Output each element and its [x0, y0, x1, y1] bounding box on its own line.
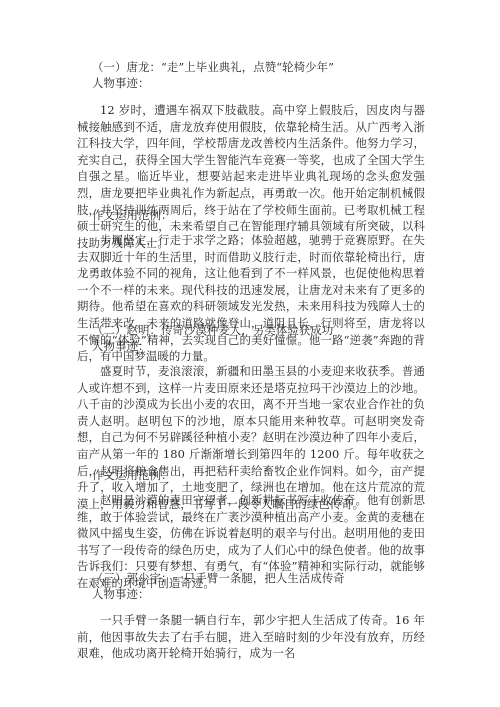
- section-3-deeds-paragraph: 一只手臂一条腿一辆自行车，郭少宇把人生活成了传奇。16 年前，他因事故失去了右手…: [77, 612, 425, 662]
- section-1-deeds-paragraph: 12 岁时，遭遇车祸双下肢截肢。高中穿上假肢后，因皮肉与器械接触感到不适，唐龙放…: [77, 102, 425, 251]
- section-2-example-label: 作文运用范例：: [92, 467, 440, 484]
- document-page: （一）唐龙：“走”上毕业典礼，点赞“轮椅少年” 人物事迹： 12 岁时，遭遇车祸…: [0, 0, 500, 707]
- section-2-deeds-text: 盛夏时节，麦浪滚滚，新疆和田墨玉县的小麦迎来收获季。普通人或许想不到，这样一片麦…: [77, 363, 425, 512]
- section-1-deeds-label: 人物事迹：: [92, 75, 440, 92]
- section-3-deeds-label: 人物事迹：: [92, 586, 440, 603]
- section-3-heading: （三）郭少宇：一只手臂一条腿，把人生活成传奇: [92, 570, 440, 587]
- section-3-deeds-text: 一只手臂一条腿一辆自行车，郭少宇把人生活成了传奇。16 年前，他因事故失去了右手…: [77, 612, 425, 662]
- section-1-heading: （一）唐龙：“走”上毕业典礼，点赞“轮椅少年”: [92, 59, 440, 76]
- section-1-example-label: 作文运用范例：: [92, 207, 440, 224]
- section-2-deeds-paragraph: 盛夏时节，麦浪滚滚，新疆和田墨玉县的小麦迎来收获季。普通人或许想不到，这样一片麦…: [77, 363, 425, 512]
- section-2-heading: （二）赵明：传奇沙漠种麦人，另类体验获成功: [92, 322, 440, 339]
- section-2-deeds-label: 人物事迹：: [92, 338, 440, 355]
- section-1-deeds-text: 12 岁时，遭遇车祸双下肢截肢。高中穿上假肢后，因皮肉与器械接触感到不适，唐龙放…: [77, 102, 425, 251]
